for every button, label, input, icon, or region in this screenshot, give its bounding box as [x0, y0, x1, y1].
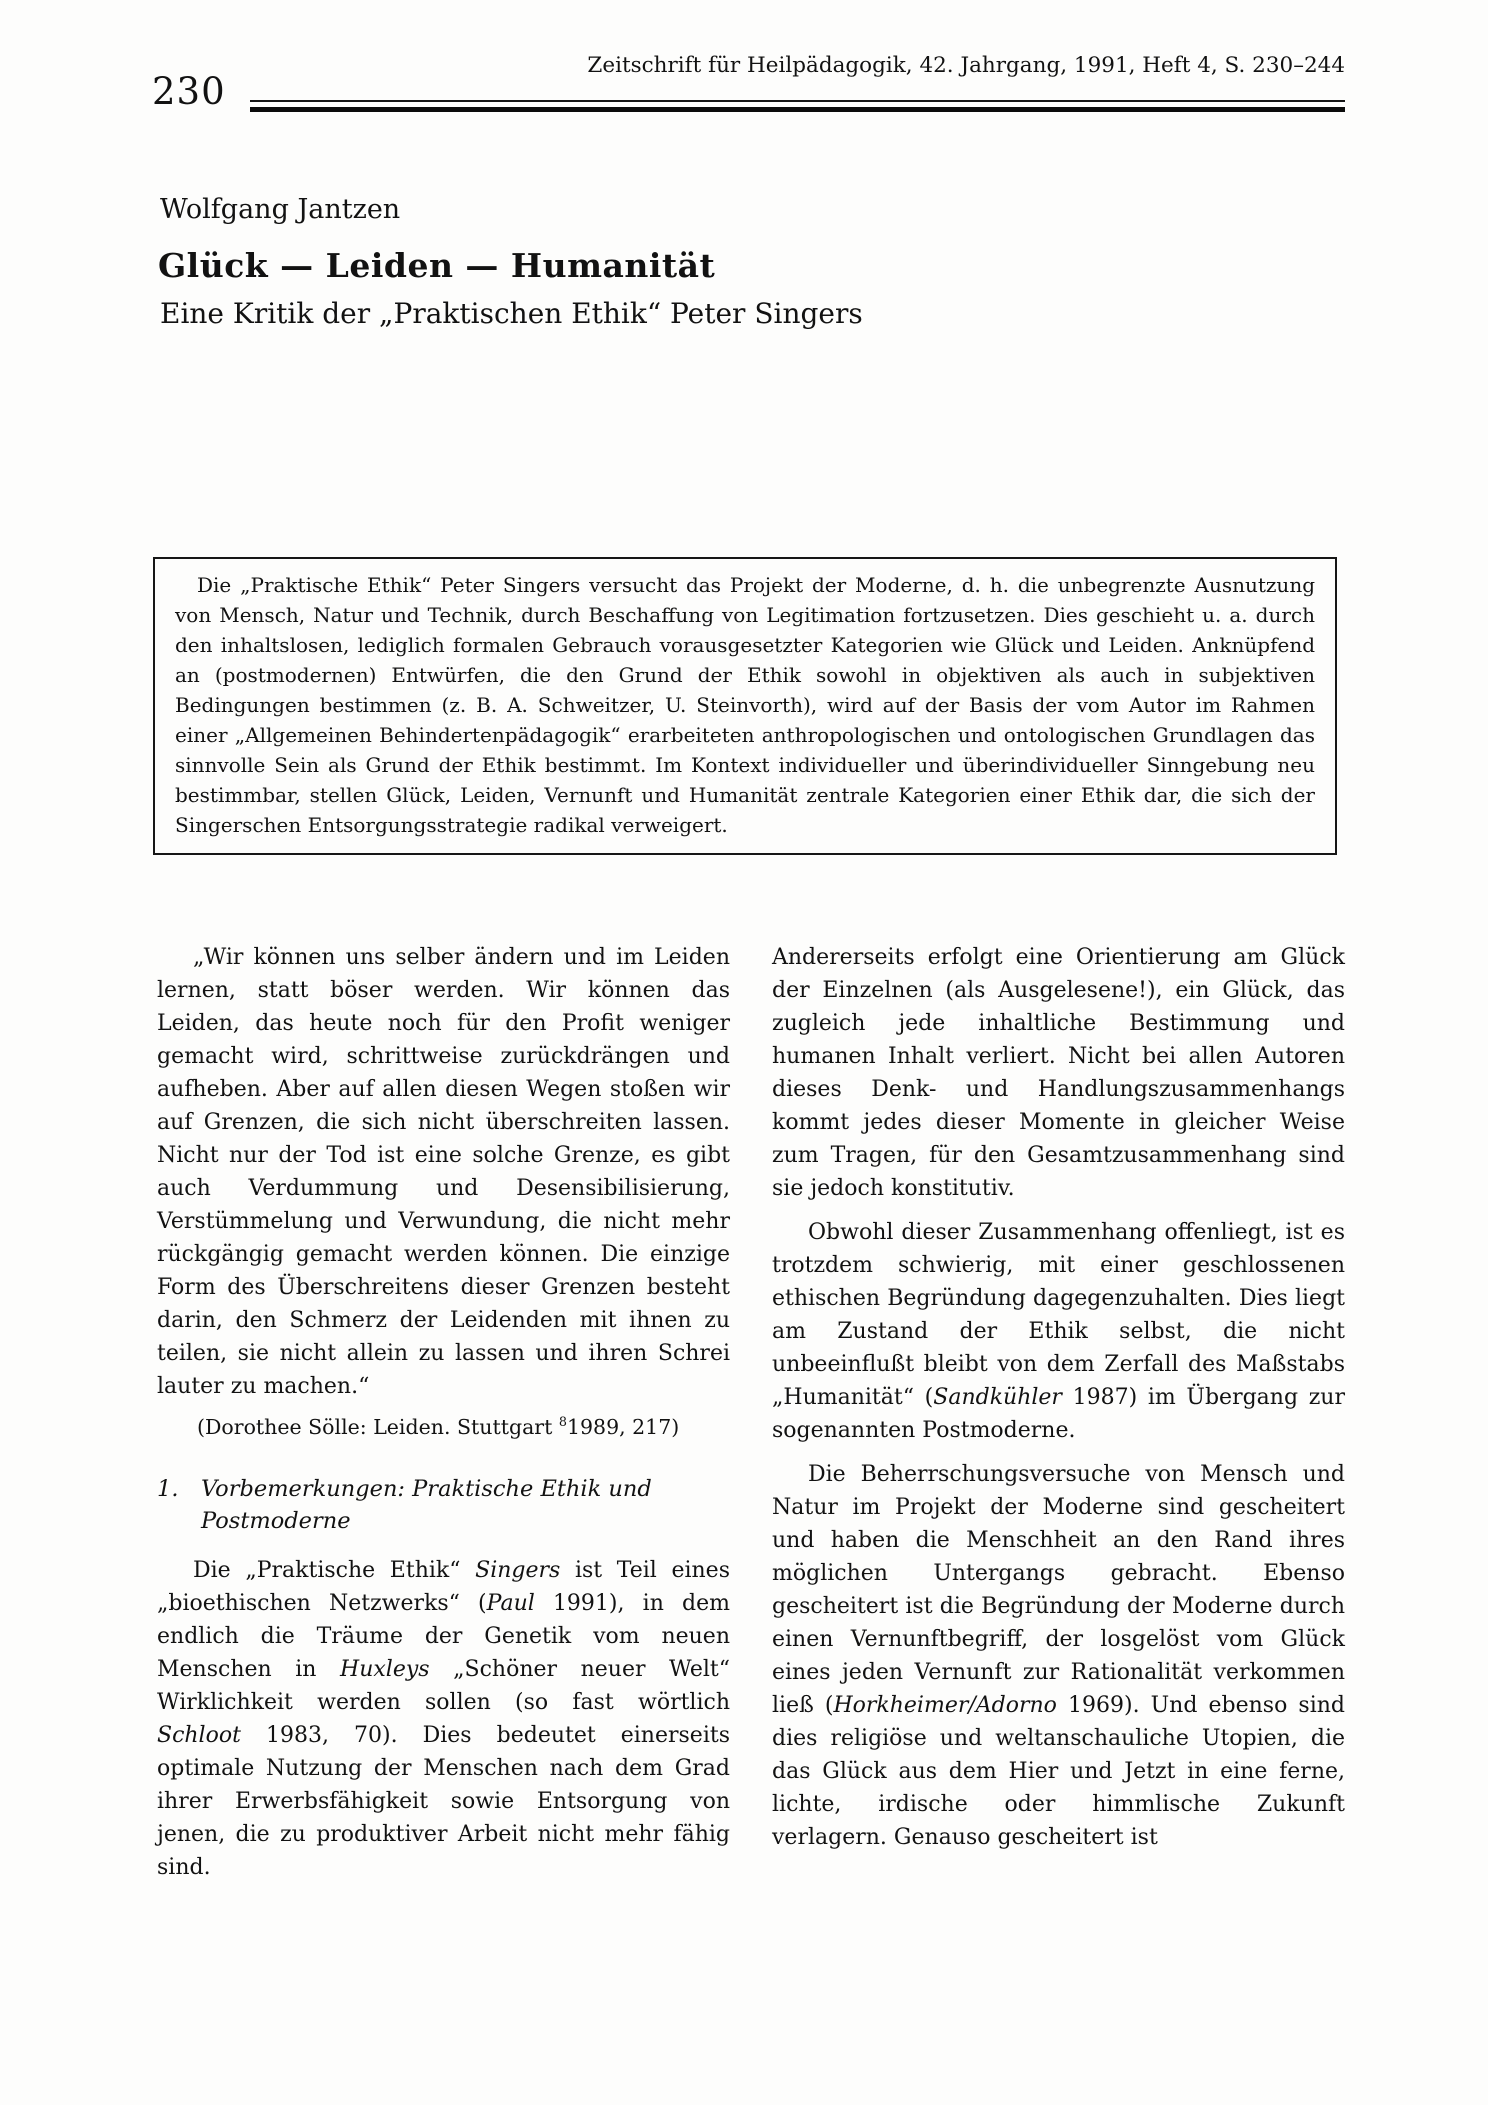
- header-rule: [250, 100, 1345, 112]
- journal-header: Zeitschrift für Heilpädagogik, 42. Jahrg…: [587, 53, 1345, 78]
- page-number: 230: [152, 70, 226, 113]
- body-paragraph: Obwohl dieser Zusammenhang offenliegt, i…: [772, 1216, 1345, 1447]
- body-columns: „Wir können uns selber ändern und im Lei…: [157, 941, 1345, 1884]
- section-heading: 1. Vorbemerkungen: Praktische Ethik und …: [157, 1473, 730, 1537]
- article-title: Glück — Leiden — Humanität: [158, 246, 715, 285]
- article-subtitle: Eine Kritik der „Praktischen Ethik“ Pete…: [160, 297, 863, 330]
- section-number: 1.: [157, 1473, 201, 1537]
- right-column: Andererseits erfolgt eine Orientierung a…: [772, 941, 1345, 1884]
- body-paragraph: Andererseits erfolgt eine Orientierung a…: [772, 941, 1345, 1205]
- quote-paragraph: „Wir können uns selber ändern und im Lei…: [157, 941, 730, 1403]
- abstract-box: Die „Praktische Ethik“ Peter Singers ver…: [153, 557, 1337, 855]
- body-paragraph: Die Beherrschungsversuche von Mensch und…: [772, 1458, 1345, 1854]
- section-title: Vorbemerkungen: Praktische Ethik und Pos…: [201, 1473, 730, 1537]
- author-name: Wolfgang Jantzen: [160, 194, 400, 225]
- left-column: „Wir können uns selber ändern und im Lei…: [157, 941, 730, 1884]
- quote-citation: (Dorothee Sölle: Leiden. Stuttgart 81989…: [157, 1412, 730, 1442]
- abstract-text: Die „Praktische Ethik“ Peter Singers ver…: [175, 570, 1315, 840]
- body-paragraph: Die „Praktische Ethik“ Singers ist Teil …: [157, 1554, 730, 1884]
- journal-page: 230 Zeitschrift für Heilpädagogik, 42. J…: [0, 0, 1488, 2105]
